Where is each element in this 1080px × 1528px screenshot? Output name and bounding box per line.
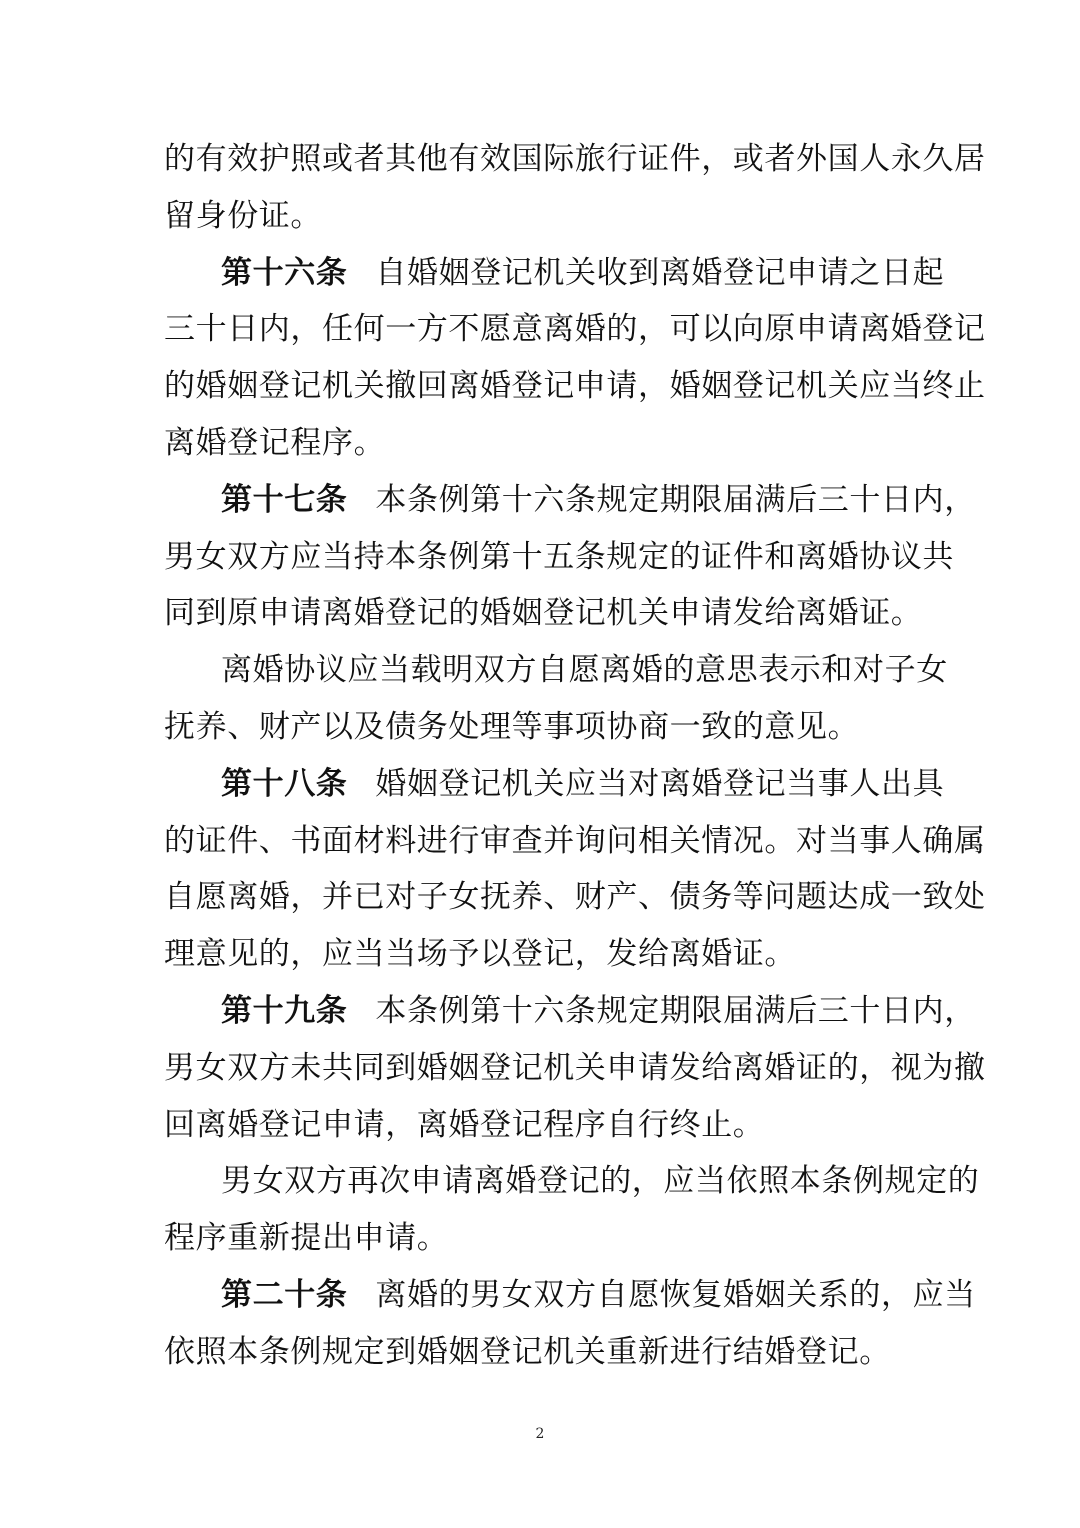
article-number: 第十六条 <box>221 255 347 291</box>
line-text: 的证件、书面材料进行审查并询问相关情况。对当事人确属 <box>164 823 986 859</box>
article-number: 第十九条 <box>221 993 347 1029</box>
line-text: 留身份证。 <box>164 198 322 234</box>
paragraph-line: 理意见的，应当当场予以登记，发给离婚证。 <box>164 926 918 983</box>
line-text: 自愿离婚，并已对子女抚养、财产、债务等问题达成一致处 <box>164 879 986 915</box>
paragraph-line: 男女双方应当持本条例第十五条规定的证件和离婚协议共 <box>164 529 918 586</box>
article-heading-line: 第十八条婚姻登记机关应当对离婚登记当事人出具 <box>164 756 918 813</box>
article-number: 第十八条 <box>221 766 347 802</box>
line-text: 依照本条例规定到婚姻登记机关重新进行结婚登记。 <box>164 1334 891 1370</box>
page-number: 2 <box>0 1426 1080 1442</box>
line-text: 三十日内，任何一方不愿意离婚的，可以向原申请离婚登记 <box>164 311 986 347</box>
line-text: 婚姻登记机关应当对离婚登记当事人出具 <box>375 766 944 802</box>
paragraph-line: 三十日内，任何一方不愿意离婚的，可以向原申请离婚登记 <box>164 301 918 358</box>
paragraph-line: 留身份证。 <box>164 188 918 245</box>
document-body: 的有效护照或者其他有效国际旅行证件，或者外国人永久居留身份证。第十六条自婚姻登记… <box>164 131 918 1381</box>
paragraph-line: 离婚协议应当载明双方自愿离婚的意思表示和对子女 <box>164 642 918 699</box>
line-text: 男女双方应当持本条例第十五条规定的证件和离婚协议共 <box>164 539 954 575</box>
paragraph-line: 自愿离婚，并已对子女抚养、财产、债务等问题达成一致处 <box>164 869 918 926</box>
document-page: 的有效护照或者其他有效国际旅行证件，或者外国人永久居留身份证。第十六条自婚姻登记… <box>0 0 1080 1528</box>
line-text: 离婚的男女双方自愿恢复婚姻关系的，应当 <box>375 1277 975 1313</box>
paragraph-line: 同到原申请离婚登记的婚姻登记机关申请发给离婚证。 <box>164 585 918 642</box>
article-heading-line: 第二十条离婚的男女双方自愿恢复婚姻关系的，应当 <box>164 1267 918 1324</box>
article-heading-line: 第十七条本条例第十六条规定期限届满后三十日内， <box>164 472 918 529</box>
article-number: 第十七条 <box>221 482 347 518</box>
line-text: 离婚协议应当载明双方自愿离婚的意思表示和对子女 <box>221 652 948 688</box>
line-text: 本条例第十六条规定期限届满后三十日内， <box>375 993 975 1029</box>
article-heading-line: 第十六条自婚姻登记机关收到离婚登记申请之日起 <box>164 245 918 302</box>
line-text: 程序重新提出申请。 <box>164 1220 448 1256</box>
line-text: 自婚姻登记机关收到离婚登记申请之日起 <box>375 255 944 291</box>
line-text: 的婚姻登记机关撤回离婚登记申请，婚姻登记机关应当终止 <box>164 368 986 404</box>
line-text: 离婚登记程序。 <box>164 425 385 461</box>
paragraph-line: 程序重新提出申请。 <box>164 1210 918 1267</box>
paragraph-line: 的证件、书面材料进行审查并询问相关情况。对当事人确属 <box>164 813 918 870</box>
paragraph-line: 男女双方未共同到婚姻登记机关申请发给离婚证的，视为撤 <box>164 1040 918 1097</box>
article-number: 第二十条 <box>221 1277 347 1313</box>
article-heading-line: 第十九条本条例第十六条规定期限届满后三十日内， <box>164 983 918 1040</box>
line-text: 理意见的，应当当场予以登记，发给离婚证。 <box>164 936 796 972</box>
paragraph-line: 的婚姻登记机关撤回离婚登记申请，婚姻登记机关应当终止 <box>164 358 918 415</box>
line-text: 同到原申请离婚登记的婚姻登记机关申请发给离婚证。 <box>164 595 922 631</box>
paragraph-line: 抚养、财产以及债务处理等事项协商一致的意见。 <box>164 699 918 756</box>
paragraph-line: 回离婚登记申请，离婚登记程序自行终止。 <box>164 1097 918 1154</box>
line-text: 的有效护照或者其他有效国际旅行证件，或者外国人永久居 <box>164 141 986 177</box>
line-text: 男女双方未共同到婚姻登记机关申请发给离婚证的，视为撤 <box>164 1050 986 1086</box>
paragraph-line: 男女双方再次申请离婚登记的，应当依照本条例规定的 <box>164 1153 918 1210</box>
line-text: 本条例第十六条规定期限届满后三十日内， <box>375 482 975 518</box>
paragraph-line: 的有效护照或者其他有效国际旅行证件，或者外国人永久居 <box>164 131 918 188</box>
line-text: 男女双方再次申请离婚登记的，应当依照本条例规定的 <box>221 1163 979 1199</box>
paragraph-line: 离婚登记程序。 <box>164 415 918 472</box>
line-text: 回离婚登记申请，离婚登记程序自行终止。 <box>164 1107 764 1143</box>
paragraph-line: 依照本条例规定到婚姻登记机关重新进行结婚登记。 <box>164 1324 918 1381</box>
line-text: 抚养、财产以及债务处理等事项协商一致的意见。 <box>164 709 859 745</box>
